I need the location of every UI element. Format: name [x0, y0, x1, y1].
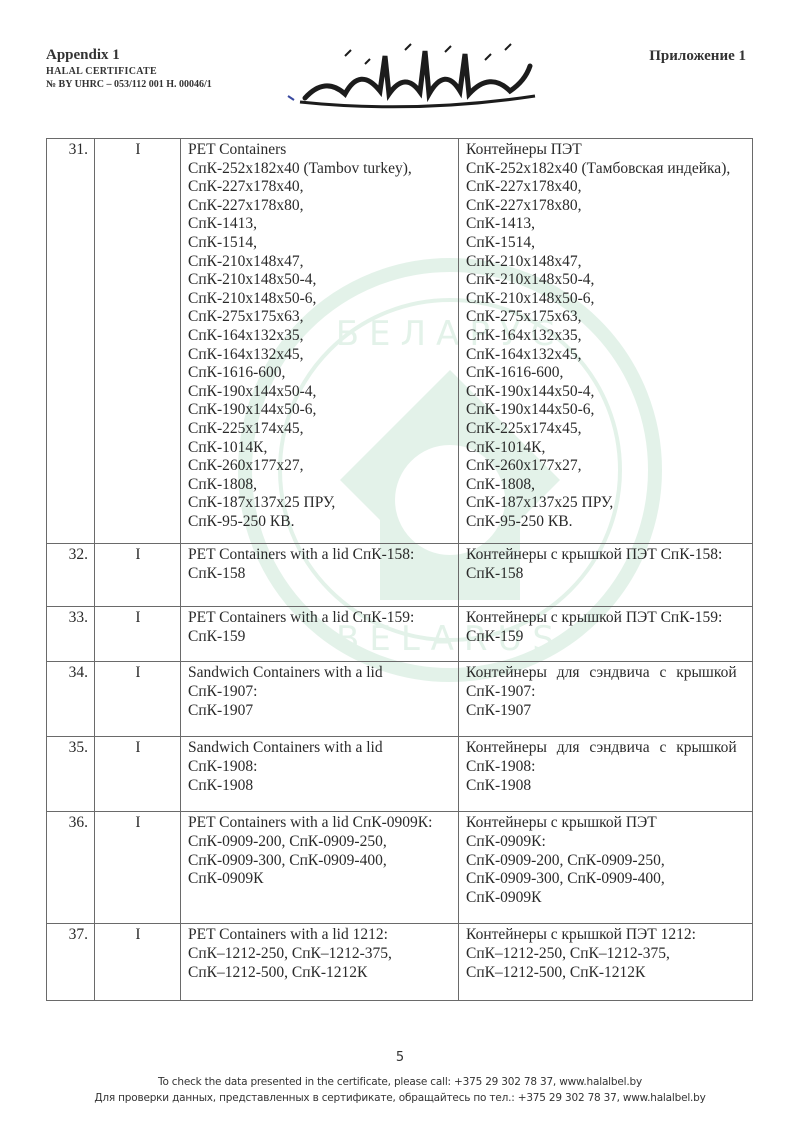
description-line: СпК-1514,: [188, 234, 452, 253]
product-description-ru: Контейнеры с крышкой ПЭТ СпК-159:СпК-159: [459, 607, 753, 662]
description-line: СпК-227x178x40,: [466, 178, 746, 197]
product-description-en: PET Containers with a lid СпК-158:СпК-15…: [181, 544, 459, 607]
description-line: СпК-1907:: [466, 683, 746, 702]
certificate-header-left: Appendix 1 HALAL CERTIFICATE № BY UHRC –…: [46, 48, 212, 90]
certificate-number: № BY UHRC – 053/112 001 H. 00046/1: [46, 80, 212, 90]
description-line: СпК-164x132x35,: [188, 327, 452, 346]
description-line: СпК-0909К:: [466, 833, 746, 852]
description-line: СпК-275x175x63,: [466, 308, 746, 327]
description-line: СпК-210x148x47,: [466, 253, 746, 272]
description-line: СпК-159: [466, 628, 746, 647]
description-line: СпК-158: [188, 565, 452, 584]
product-description-ru: Контейнеры ПЭТСпК-252x182x40 (Тамбовская…: [459, 139, 753, 544]
row-number: 34.: [47, 662, 95, 737]
product-description-ru: Контейнеры с крышкой ПЭТ 1212:СпК–1212-2…: [459, 924, 753, 1001]
description-line: СпК-0909-300, СпК-0909-400,: [466, 870, 746, 889]
description-line: СпК-1808,: [466, 476, 746, 495]
appendix-title-ru: Приложение 1: [649, 48, 746, 65]
row-category: I: [95, 544, 181, 607]
description-line: СпК-187x137x25 ПРУ,: [466, 494, 746, 513]
row-category: I: [95, 924, 181, 1001]
product-description-ru: Контейнеры с крышкой ПЭТ СпК-158:СпК-158: [459, 544, 753, 607]
description-line: Контейнеры с крышкой ПЭТ: [466, 814, 746, 833]
product-description-ru: Контейнеры для сэндвича с крышкойСпК-190…: [459, 662, 753, 737]
description-line: СпК-1616-600,: [466, 364, 746, 383]
description-line: СпК-227x178x80,: [466, 197, 746, 216]
product-description-en: PET Containers with a lid 1212:СпК–1212-…: [181, 924, 459, 1001]
table-row: 32.IPET Containers with a lid СпК-158:Сп…: [47, 544, 753, 607]
product-description-ru: Контейнеры для сэндвича с крышкойСпК-190…: [459, 737, 753, 812]
description-line: СпК-190x144x50-6,: [466, 401, 746, 420]
description-line: Контейнеры для сэндвича с крышкой: [466, 664, 746, 683]
description-line: СпК-1907: [188, 702, 452, 721]
row-category: I: [95, 662, 181, 737]
description-line: СпК-1907: [466, 702, 746, 721]
row-category: I: [95, 737, 181, 812]
description-line: СпК-190x144x50-4,: [188, 383, 452, 402]
description-line: СпК-0909-200, СпК-0909-250,: [466, 852, 746, 871]
description-line: СпК-0909К: [188, 870, 452, 889]
description-line: Контейнеры с крышкой ПЭТ 1212:: [466, 926, 746, 945]
product-description-en: PET Containers with a lid СпК-159:СпК-15…: [181, 607, 459, 662]
description-line: Sandwich Containers with a lid: [188, 739, 452, 758]
description-line: PET Containers with a lid СпК-159:: [188, 609, 452, 628]
row-number: 35.: [47, 737, 95, 812]
description-line: СпК-1908: [188, 777, 452, 796]
description-line: СпК-0909К: [466, 889, 746, 908]
row-number: 37.: [47, 924, 95, 1001]
product-description-en: Sandwich Containers with a lidСпК-1907:С…: [181, 662, 459, 737]
description-line: СпК-210x148x50-6,: [188, 290, 452, 309]
page-number: 5: [0, 1050, 800, 1065]
description-line: СпК-1014К,: [466, 439, 746, 458]
description-line: СпК-1514,: [466, 234, 746, 253]
description-line: СпК-260x177x27,: [466, 457, 746, 476]
description-line: СпК-210x148x50-4,: [188, 271, 452, 290]
product-description-en: Sandwich Containers with a lidСпК-1908:С…: [181, 737, 459, 812]
description-line: СпК-159: [188, 628, 452, 647]
description-line: СпК-227x178x40,: [188, 178, 452, 197]
description-line: Контейнеры ПЭТ: [466, 141, 746, 160]
description-line: PET Containers: [188, 141, 452, 160]
description-line: СпК-95-250 КВ.: [188, 513, 452, 532]
row-number: 32.: [47, 544, 95, 607]
description-line: PET Containers with a lid СпК-0909К:: [188, 814, 452, 833]
description-line: СпК-187x137x25 ПРУ,: [188, 494, 452, 513]
description-line: СпК-190x144x50-6,: [188, 401, 452, 420]
row-category: I: [95, 139, 181, 544]
description-line: СпК-158: [466, 565, 746, 584]
description-line: СпК–1212-250, СпК–1212-375,: [188, 945, 452, 964]
description-line: СпК-210x148x50-4,: [466, 271, 746, 290]
description-line: PET Containers with a lid СпК-158:: [188, 546, 452, 565]
table-row: 35.ISandwich Containers with a lidСпК-19…: [47, 737, 753, 812]
description-line: СпК-95-250 КВ.: [466, 513, 746, 532]
table-row: 31.IPET ContainersСпК-252x182x40 (Tambov…: [47, 139, 753, 544]
description-line: СпК-1413,: [188, 215, 452, 234]
product-description-en: PET ContainersСпК-252x182x40 (Tambov tur…: [181, 139, 459, 544]
description-line: СпК-227x178x80,: [188, 197, 452, 216]
description-line: СпК-252x182x40 (Тамбовская индейка),: [466, 160, 746, 179]
description-line: СпК-210x148x50-6,: [466, 290, 746, 309]
description-line: СпК-164x132x45,: [466, 346, 746, 365]
description-line: PET Containers with a lid 1212:: [188, 926, 452, 945]
description-line: Контейнеры с крышкой ПЭТ СпК-159:: [466, 609, 746, 628]
description-line: СпК–1212-250, СпК–1212-375,: [466, 945, 746, 964]
description-line: СпК-1907:: [188, 683, 452, 702]
row-number: 36.: [47, 812, 95, 924]
description-line: СпК–1212-500, СпК-1212К: [466, 964, 746, 983]
row-number: 31.: [47, 139, 95, 544]
description-line: СпК-225x174x45,: [466, 420, 746, 439]
description-line: СпК-1908:: [466, 758, 746, 777]
description-line: Контейнеры с крышкой ПЭТ СпК-158:: [466, 546, 746, 565]
description-line: СпК-275x175x63,: [188, 308, 452, 327]
footer-contact-ru: Для проверки данных, представленных в се…: [0, 1092, 800, 1104]
description-line: СпК–1212-500, СпК-1212К: [188, 964, 452, 983]
footer-contact-en: To check the data presented in the certi…: [0, 1076, 800, 1088]
row-category: I: [95, 812, 181, 924]
description-line: СпК-0909-300, СпК-0909-400,: [188, 852, 452, 871]
product-description-ru: Контейнеры с крышкой ПЭТСпК-0909К:СпК-09…: [459, 812, 753, 924]
description-line: СпК-210x148x47,: [188, 253, 452, 272]
description-line: СпК-225x174x45,: [188, 420, 452, 439]
description-line: Контейнеры для сэндвича с крышкой: [466, 739, 746, 758]
description-line: СпК-190x144x50-4,: [466, 383, 746, 402]
description-line: СпК-1616-600,: [188, 364, 452, 383]
table-row: 36.IPET Containers with a lid СпК-0909К:…: [47, 812, 753, 924]
description-line: СпК-164x132x35,: [466, 327, 746, 346]
table-row: 34.ISandwich Containers with a lidСпК-19…: [47, 662, 753, 737]
description-line: Sandwich Containers with a lid: [188, 664, 452, 683]
description-line: СпК-260x177x27,: [188, 457, 452, 476]
description-line: СпК-1413,: [466, 215, 746, 234]
description-line: СпК-0909-200, СпК-0909-250,: [188, 833, 452, 852]
product-table: 31.IPET ContainersСпК-252x182x40 (Tambov…: [46, 138, 753, 1001]
certificate-type: HALAL CERTIFICATE: [46, 67, 212, 77]
appendix-title: Appendix 1: [46, 48, 212, 63]
basmala-calligraphy-icon: [285, 36, 545, 116]
table-row: 37.IPET Containers with a lid 1212:СпК–1…: [47, 924, 753, 1001]
description-line: СпК-1908:: [188, 758, 452, 777]
row-category: I: [95, 607, 181, 662]
description-line: СпК-1908: [466, 777, 746, 796]
table-row: 33.IPET Containers with a lid СпК-159:Сп…: [47, 607, 753, 662]
description-line: СпК-164x132x45,: [188, 346, 452, 365]
description-line: СпК-1014К,: [188, 439, 452, 458]
description-line: СпК-1808,: [188, 476, 452, 495]
row-number: 33.: [47, 607, 95, 662]
product-description-en: PET Containers with a lid СпК-0909К:СпК-…: [181, 812, 459, 924]
description-line: СпК-252x182x40 (Tambov turkey),: [188, 160, 452, 179]
